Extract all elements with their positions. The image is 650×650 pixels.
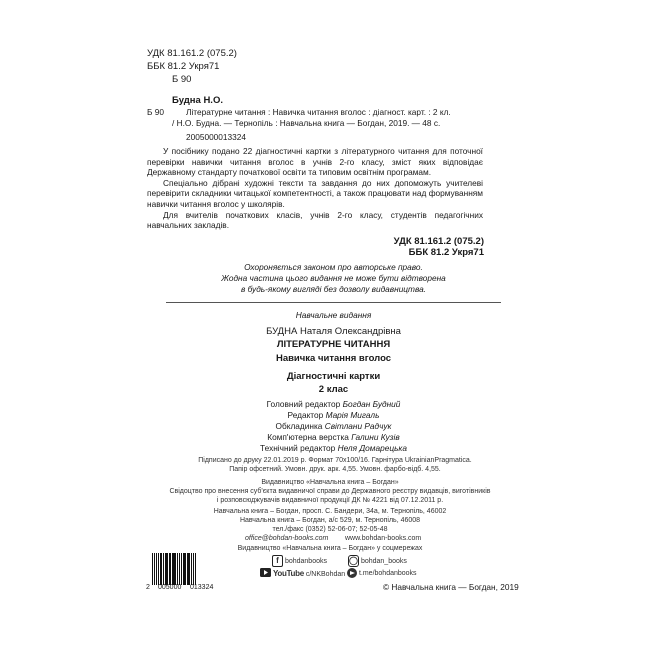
facebook-label: bohdanbooks [285, 558, 327, 565]
staff-role: Комп'ютерна верстка [267, 432, 349, 442]
publisher-name: Видавництво «Навчальна книга – Богдан» [130, 479, 530, 488]
facebook-link[interactable]: f bohdanbooks [272, 555, 327, 567]
abstract-bbk: ББК 81.2 Укря71 [409, 247, 484, 258]
divider [166, 302, 501, 303]
copyright-notice-line: в будь-якому вигляді без дозволу видавни… [166, 284, 501, 295]
youtube-link[interactable]: YouTube c/NKBohdan [260, 568, 345, 581]
catalog-line2: / Н.О. Будна. — Тернопіль : Навчальна кн… [172, 118, 440, 129]
book-title: ЛІТЕРАТУРНЕ ЧИТАННЯ [166, 339, 501, 350]
publisher-cert: Свідоцтво про внесення суб'єкта видавнич… [130, 488, 530, 497]
staff-line: Комп'ютерна верстка Галини Кузів [166, 432, 501, 443]
edition-type: Навчальне видання [166, 310, 501, 321]
staff-role: Обкладинка [276, 421, 323, 431]
facebook-icon: f [272, 555, 283, 567]
catalog-author: Будна Н.О. [172, 95, 223, 106]
youtube-logo-text: YouTube [273, 569, 304, 578]
publisher-phone: тел./факс (0352) 52-06-07; 52-05-48 [130, 526, 530, 535]
print-info-line: Підписано до друку 22.01.2019 р. Формат … [150, 457, 520, 466]
grade: 2 клас [166, 384, 501, 395]
instagram-icon: ◯ [348, 555, 359, 567]
staff-line: Редактор Марія Мигаль [166, 410, 501, 421]
copyright-notice-line: Охороняється законом про авторське право… [166, 262, 501, 273]
staff-name: Неля Домарецька [338, 443, 407, 453]
barcode [152, 553, 216, 585]
publisher-address: Навчальна книга – Богдан, просп. С. Банд… [130, 508, 530, 517]
barcode-digits-group1: 005000 [158, 584, 181, 591]
staff-name: Богдан Будний [343, 399, 401, 409]
book-kind: Діагностичні картки [166, 371, 501, 382]
telegram-label: t.me/bohdanbooks [359, 570, 417, 577]
staff-role: Головний редактор [267, 399, 341, 409]
abstract-paragraph: Для вчителів початкових класів, учнів 2-… [147, 210, 483, 231]
staff-name: Світлани Радчук [325, 421, 392, 431]
youtube-label: c/NKBohdan [306, 571, 345, 578]
barcode-stripe [196, 553, 197, 585]
abstract-paragraph: У посібнику подано 22 діагностичні картк… [147, 146, 483, 178]
instagram-label: bohdan_books [361, 558, 407, 565]
catalog-line1: Літературне читання : Навичка читання вг… [186, 107, 451, 118]
telegram-link[interactable]: t.me/bohdanbooks [347, 568, 417, 578]
publisher-email[interactable]: office@bohdan-books.com [245, 535, 328, 544]
copyright-notice-line: Жодна частина цього видання не може бути… [166, 273, 501, 284]
staff-line: Технічний редактор Неля Домарецька [166, 443, 501, 454]
author-full-name: БУДНА Наталя Олександрівна [166, 326, 501, 337]
book-subtitle: Навичка читання вголос [166, 353, 501, 364]
barcode-digit-first: 2 [146, 584, 150, 591]
abstract-udk: УДК 81.161.2 (075.2) [394, 236, 484, 247]
abstract: У посібнику подано 22 діагностичні картк… [147, 146, 483, 231]
catalog-isbn: 2005000013324 [186, 132, 246, 143]
publisher-address: Навчальна книга – Богдан, а/с 529, м. Те… [130, 517, 530, 526]
footer-copyright: © Навчальна книга — Богдан, 2019 [383, 582, 519, 593]
catalog-code: Б 90 [147, 107, 164, 118]
staff-name: Марія Мигаль [326, 410, 380, 420]
abstract-paragraph: Спеціально дібрані художні тексти та зав… [147, 178, 483, 210]
youtube-icon [260, 568, 271, 581]
udk-code: УДК 81.161.2 (075.2) [147, 48, 237, 59]
instagram-link[interactable]: ◯ bohdan_books [348, 555, 407, 567]
staff-role: Редактор [288, 410, 324, 420]
staff-line: Головний редактор Богдан Будний [166, 399, 501, 410]
author-mark: Б 90 [172, 74, 191, 85]
publisher-website[interactable]: www.bohdan-books.com [345, 535, 421, 544]
imprint-page: УДК 81.161.2 (075.2) ББК 81.2 Укря71 Б 9… [0, 0, 650, 650]
publisher-cert: і розповсюджувачів видавничої продукції … [130, 497, 530, 506]
bbk-code: ББК 81.2 Укря71 [147, 61, 219, 72]
barcode-digits-group2: 013324 [190, 584, 213, 591]
print-info-line: Папір офсетний. Умовн. друк. арк. 4,55. … [150, 466, 520, 475]
telegram-icon [347, 568, 357, 578]
staff-line: Обкладинка Світлани Радчук [166, 421, 501, 432]
staff-name: Галини Кузів [351, 432, 400, 442]
staff-role: Технічний редактор [260, 443, 335, 453]
